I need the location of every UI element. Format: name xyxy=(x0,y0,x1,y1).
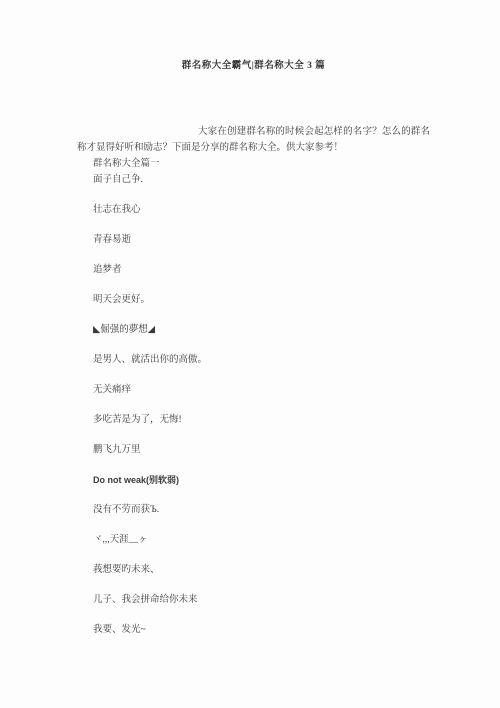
list-item: 没有不劳而获Ъ. xyxy=(77,502,430,518)
list-item: Do not weak(别软弱) xyxy=(77,472,430,488)
list-item: 鹏飞九万里 xyxy=(77,442,430,458)
list-item: ◣倔强的夢想◢ xyxy=(77,322,430,338)
document-page: 群名称大全霸气|群名称大全 3 篇 大家在创建群名称的时候会起怎样的名字？怎么的… xyxy=(0,0,500,708)
list-item: 青春易逝 xyxy=(77,232,430,248)
list-item: 莪想要旳未来、 xyxy=(77,562,430,578)
list-item: 多吃苦是为了，无悔! xyxy=(77,412,430,428)
list-item: 面子自己争. xyxy=(77,172,430,188)
list-item: 儿子、我会拼命给你未来 xyxy=(77,592,430,608)
list-item: 无关痛痒 xyxy=(77,382,430,398)
list-item: 我要、发光~ xyxy=(77,622,430,638)
intro-paragraph: 大家在创建群名称的时候会起怎样的名字？怎么的群名称才显得好听和励志？下面是分享的… xyxy=(77,124,430,156)
list-item: 追梦者 xyxy=(77,262,430,278)
list-item: 壮志在我心 xyxy=(77,202,430,218)
list-item: 明天会更好。 xyxy=(77,292,430,308)
list-item: ヾ,,,天涯__ヶ xyxy=(77,532,430,548)
list-item: 是男人、就活出你的高傲。 xyxy=(77,352,430,368)
group-name-list: 面子自己争. 壮志在我心 青春易逝 追梦者 明天会更好。 ◣倔强的夢想◢ 是男人… xyxy=(77,172,430,638)
document-title: 群名称大全霸气|群名称大全 3 篇 xyxy=(77,58,430,74)
section-heading: 群名称大全篇一 xyxy=(77,156,430,172)
